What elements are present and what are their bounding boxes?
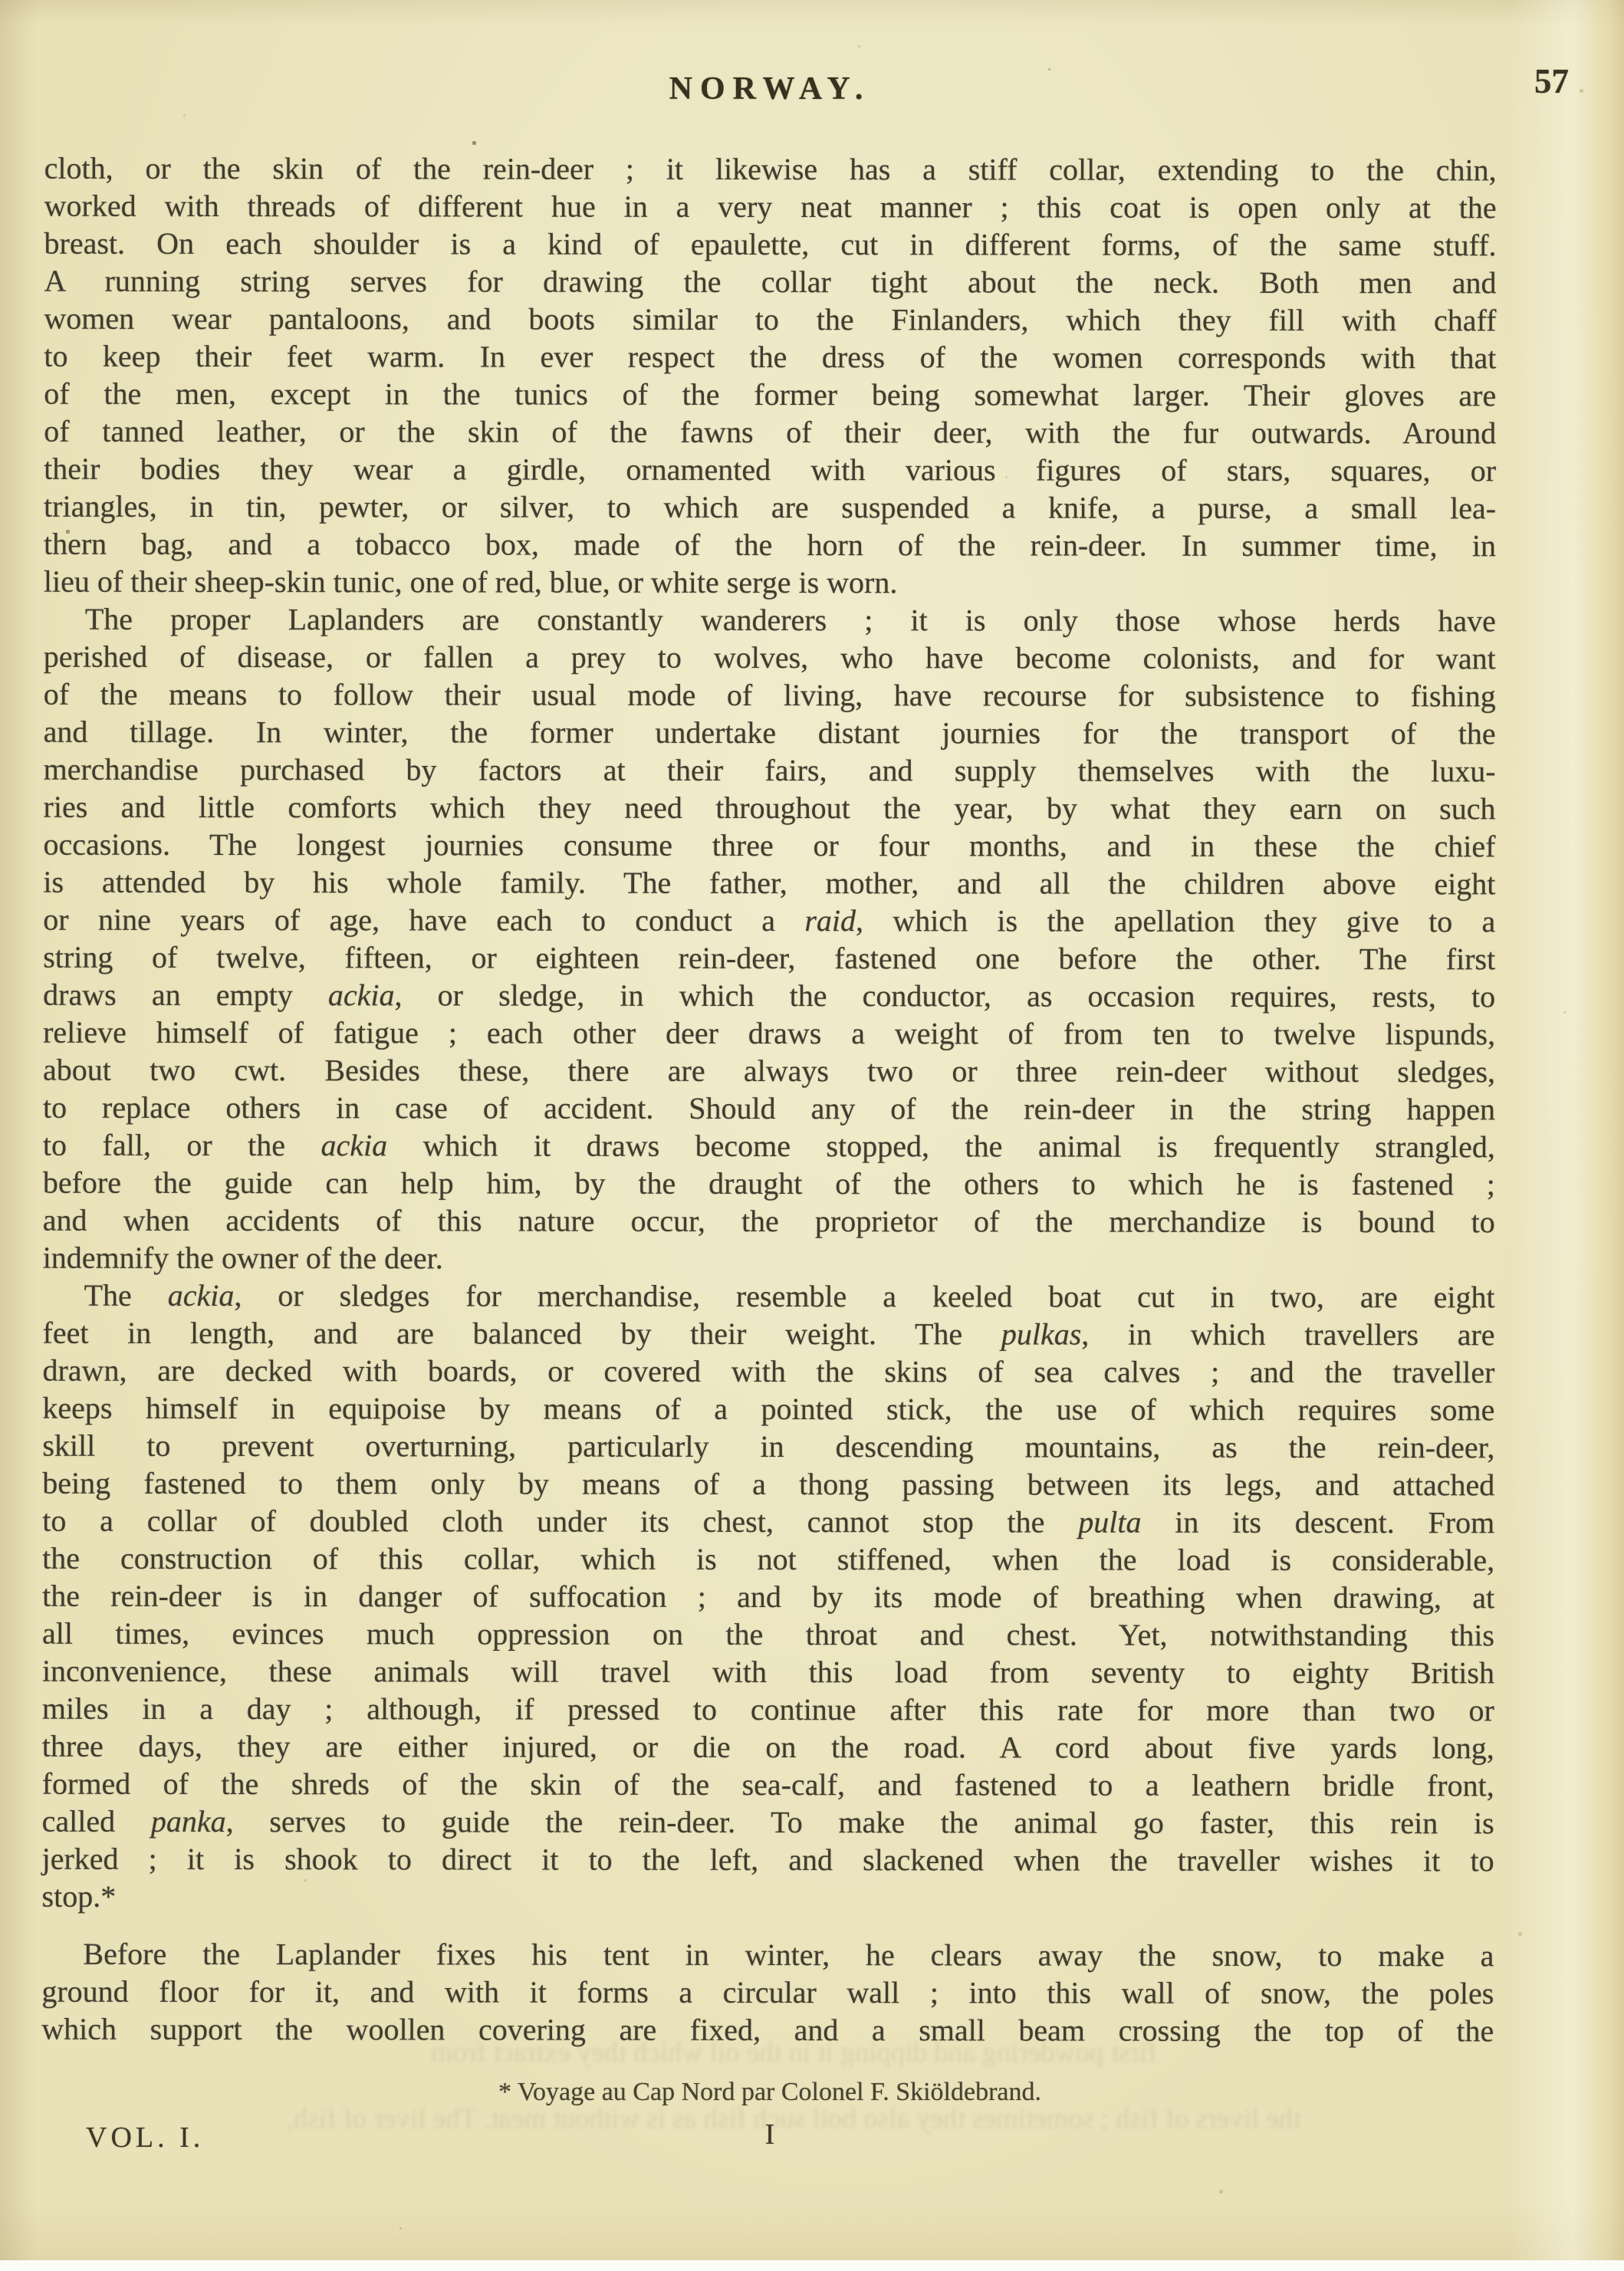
text-line: cloth, or the skin of the rein-deer ; it… <box>44 150 1497 189</box>
text-line: women wear pantaloons, and boots similar… <box>44 300 1496 340</box>
text-line: to replace others in case of accident. S… <box>43 1089 1495 1129</box>
running-head-title: NORWAY. <box>44 71 1495 107</box>
text-line: stop.* <box>42 1878 1494 1918</box>
scan-bottom-strip <box>0 2260 1624 2271</box>
text-line: triangles, in tin, pewter, or silver, to… <box>44 488 1496 527</box>
text-line: worked with threads of different hue in … <box>44 187 1497 227</box>
text-line: string of twelve, fifteen, or eighteen r… <box>43 938 1495 978</box>
page-number: 57 <box>1534 61 1569 101</box>
scanned-book-page: NORWAY. 57 cloth, or the skin of the rei… <box>0 0 1624 2271</box>
text-line: before the guide can help him, by the dr… <box>43 1164 1495 1204</box>
text-line: all times, evinces much oppression on th… <box>42 1615 1494 1655</box>
text-line: to fall, or the ackia which it draws bec… <box>43 1126 1495 1166</box>
text-line: ground floor for it, and with it forms a… <box>41 1973 1494 2013</box>
text-line: The proper Laplanders are constantly wan… <box>44 600 1496 640</box>
text-line: keeps himself in equipoise by means of a… <box>42 1389 1494 1429</box>
text-line: and tillage. In winter, the former under… <box>44 713 1496 753</box>
text-line: about two cwt. Besides these, there are … <box>43 1051 1495 1091</box>
text-line: The ackia, or sledges for merchandise, r… <box>43 1277 1495 1316</box>
signature-mark: I <box>44 2118 1495 2151</box>
text-line: is attended by his whole family. The fat… <box>43 863 1495 903</box>
text-line: drawn, are decked with boards, or covere… <box>42 1352 1494 1392</box>
text-line: lieu of their sheep-skin tunic, one of r… <box>44 563 1496 603</box>
text-line: Before the Laplander fixes his tent in w… <box>41 1935 1494 1975</box>
text-line: jerked ; it is shook to direct it to the… <box>42 1840 1494 1880</box>
text-line: relieve himself of fatigue ; each other … <box>43 1014 1495 1053</box>
text-line: feet in length, and are balanced by thei… <box>43 1314 1495 1354</box>
text-line: merchandise purchased by factors at thei… <box>44 751 1496 790</box>
paper-specks <box>0 0 1 1</box>
text-line: draws an empty ackia, or sledge, in whic… <box>43 976 1495 1016</box>
footnote: * Voyage au Cap Nord par Colonel F. Skiö… <box>44 2078 1495 2107</box>
text-line: skill to prevent overturning, particular… <box>42 1427 1494 1467</box>
text-line: being fastened to them only by means of … <box>42 1464 1494 1504</box>
paragraph: Before the Laplander fixes his tent in w… <box>41 1935 1494 2050</box>
text-line: the rein-deer is in danger of suffocatio… <box>42 1577 1494 1617</box>
page-edge-shading <box>1509 0 1624 2271</box>
text-line: the construction of this collar, which i… <box>42 1540 1494 1579</box>
text-line: called panka, serves to guide the rein-d… <box>42 1803 1494 1842</box>
text-line: indemnify the owner of the deer. <box>43 1239 1495 1279</box>
text-line: their bodies they wear a girdle, ornamen… <box>44 450 1496 490</box>
text-line: three days, they are either injured, or … <box>42 1727 1494 1767</box>
text-line: of tanned leather, or the skin of the fa… <box>44 412 1496 452</box>
text-line: miles in a day ; although, if pressed to… <box>42 1690 1494 1730</box>
text-line: which support the woollen covering are f… <box>41 2010 1494 2050</box>
text-block: cloth, or the skin of the rein-deer ; it… <box>41 150 1496 2050</box>
text-line: perished of disease, or fallen a prey to… <box>44 638 1496 678</box>
text-line: A running string serves for drawing the … <box>44 262 1496 302</box>
text-line: of the means to follow their usual mode … <box>44 675 1496 715</box>
text-line: breast. On each shoulder is a kind of ep… <box>44 225 1497 265</box>
paragraph: cloth, or the skin of the rein-deer ; it… <box>44 150 1497 603</box>
text-line: thern bag, and a tobacco box, made of th… <box>44 525 1496 565</box>
text-line: to keep their feet warm. In ever respect… <box>44 337 1496 377</box>
paragraph: The ackia, or sledges for merchandise, r… <box>42 1277 1495 1918</box>
text-line: occasions. The longest journies consume … <box>43 826 1495 866</box>
text-line: and when accidents of this nature occur,… <box>43 1201 1495 1241</box>
text-line: of the men, except in the tunics of the … <box>44 375 1496 415</box>
text-line: ries and little comforts which they need… <box>43 788 1495 828</box>
text-line: to a collar of doubled cloth under its c… <box>42 1502 1494 1542</box>
text-line: or nine years of age, have each to condu… <box>43 901 1495 941</box>
paragraph: The proper Laplanders are constantly wan… <box>43 600 1496 1279</box>
text-line: inconvenience, these animals will travel… <box>42 1652 1494 1692</box>
text-line: formed of the shreds of the skin of the … <box>42 1765 1494 1805</box>
